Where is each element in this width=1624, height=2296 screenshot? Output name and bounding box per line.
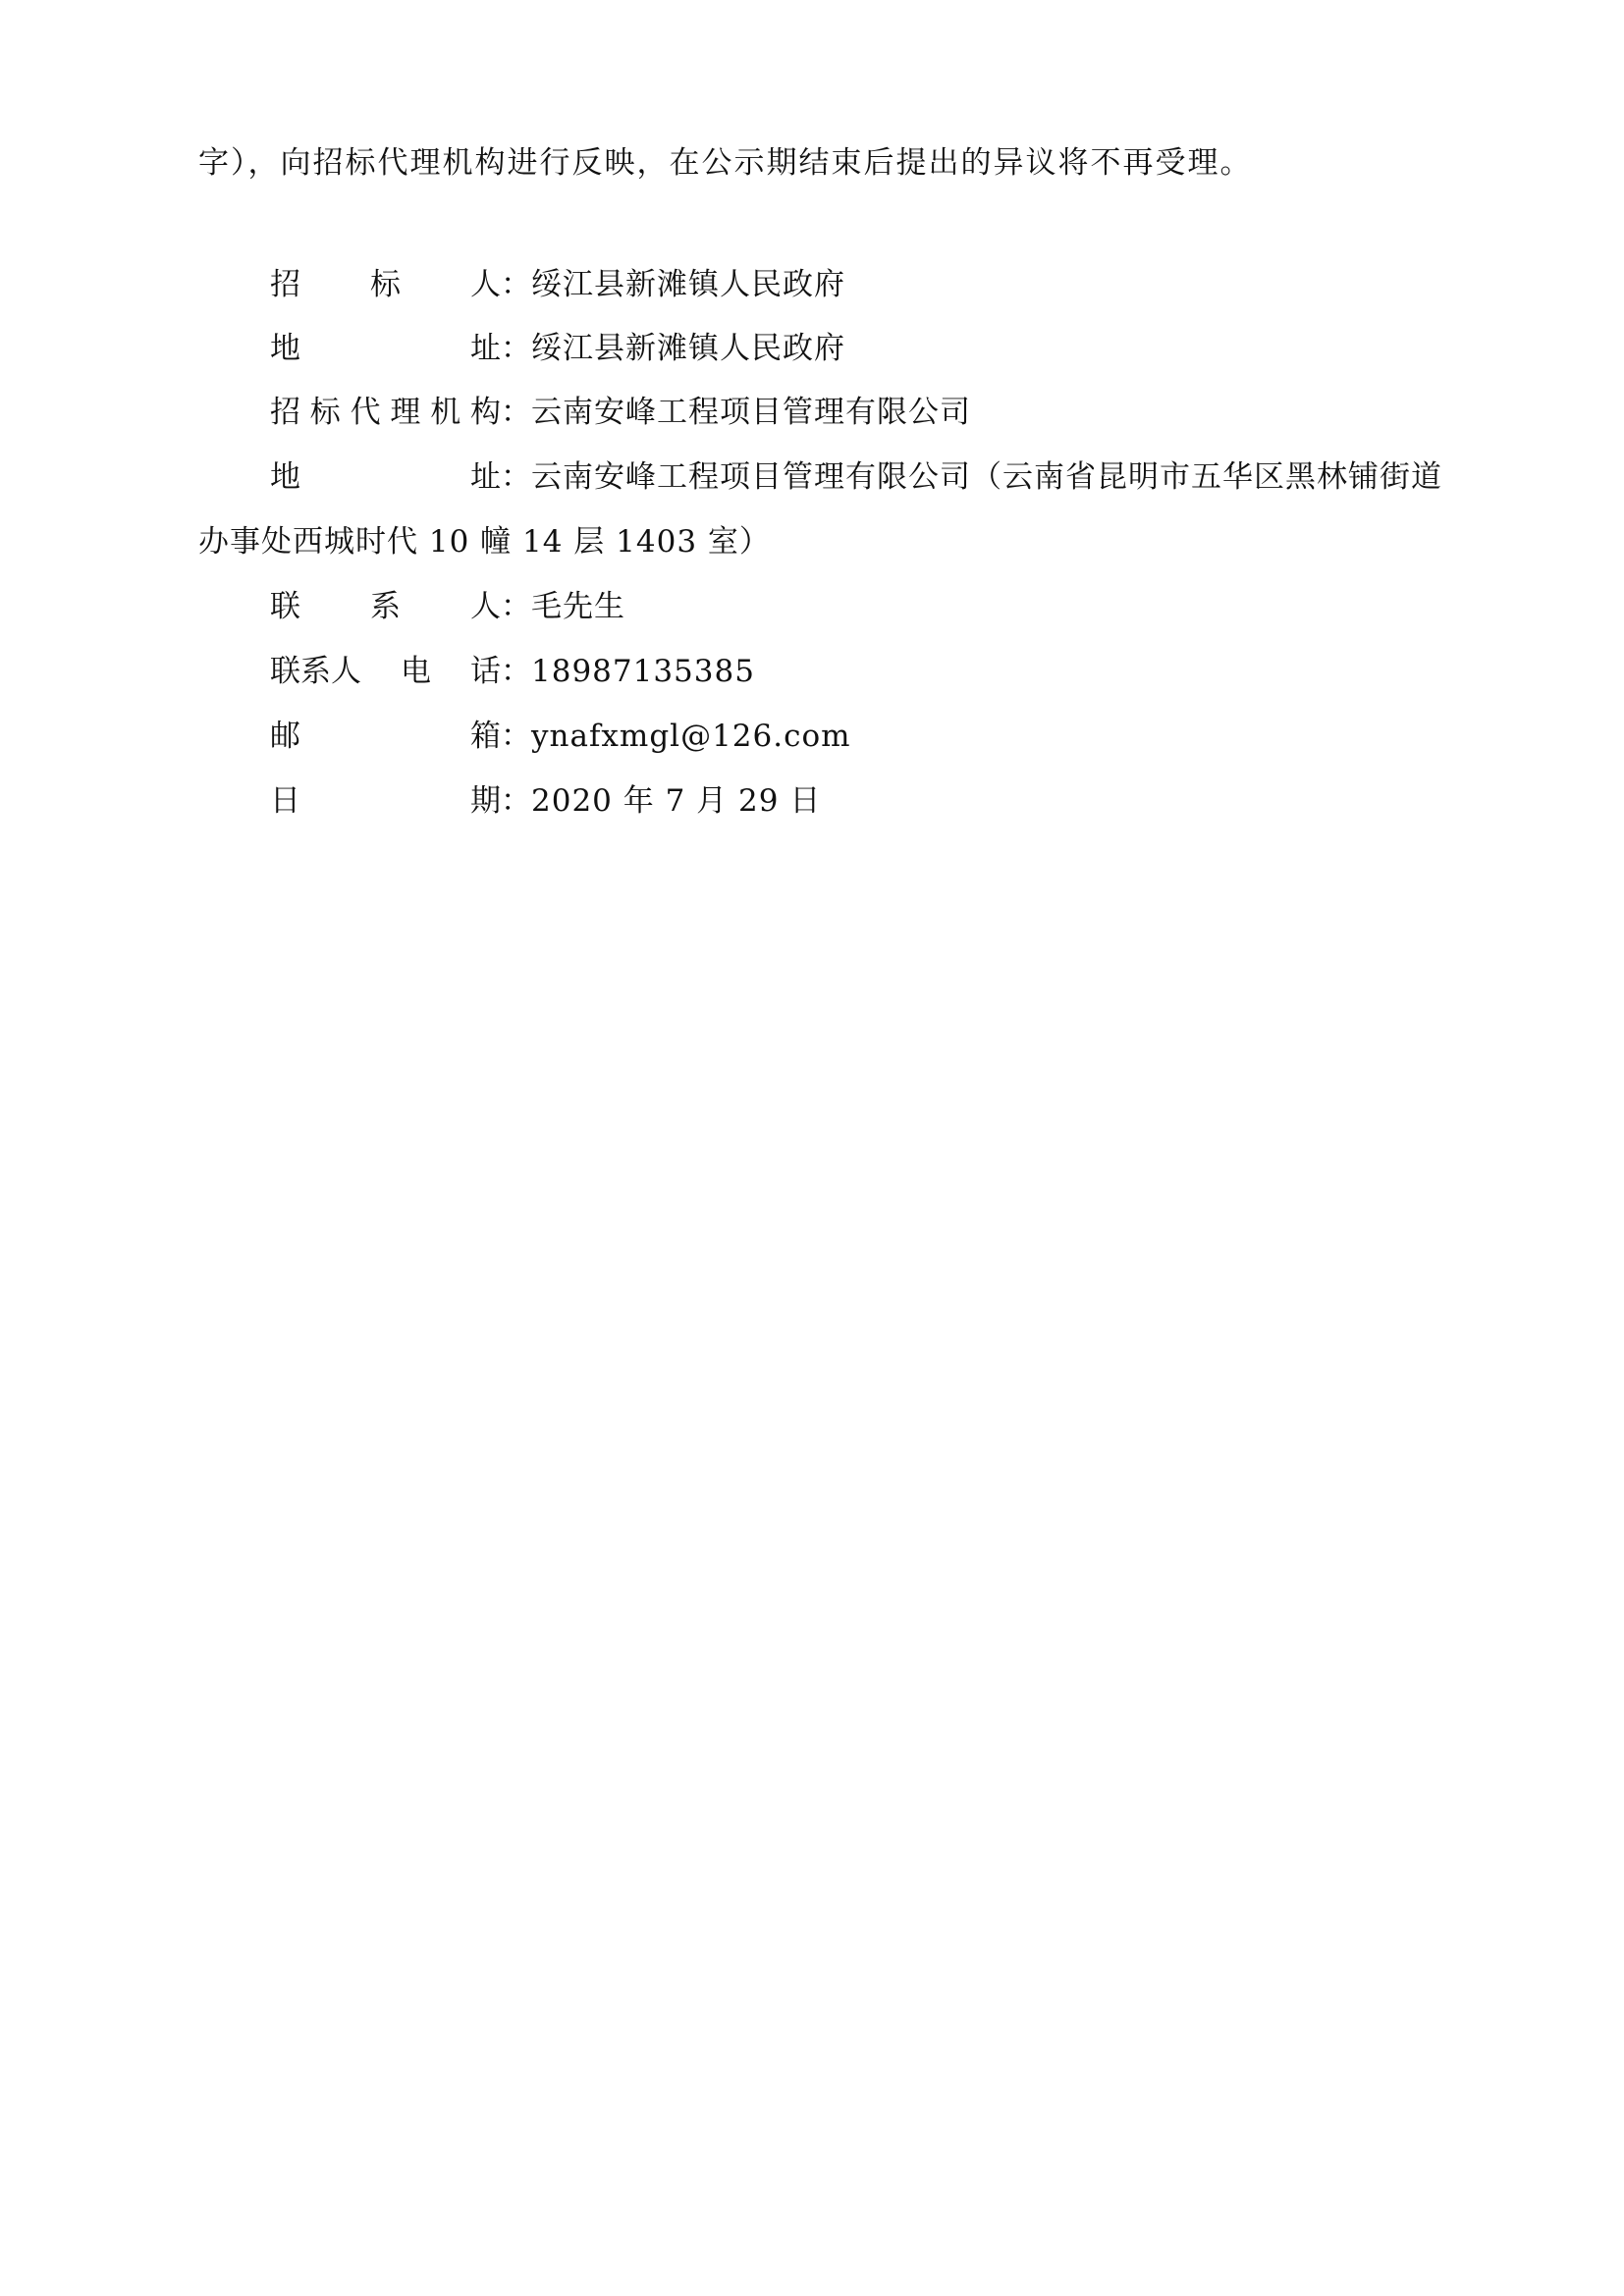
contact-phone-value: 18987135385 (531, 652, 755, 691)
contact-person-label: 联 系 人 (270, 587, 501, 626)
agency-address-value: 云南安峰工程项目管理有限公司（云南省昆明市五华区黑林铺街道 (531, 457, 1442, 497)
colon: ： (501, 457, 531, 497)
date-label: 日 期 (270, 781, 501, 821)
agency-address-continuation: 办事处西城时代 10 幢 14 层 1403 室） (198, 522, 771, 561)
tenderer-label: 招 标 人 (270, 265, 501, 304)
contact-phone-label: 联系人 电 话 (270, 652, 501, 691)
tenderer-address-value: 绥江县新滩镇人民政府 (531, 329, 845, 368)
agency-label: 招 标 代 理 机 构 (270, 393, 501, 432)
objection-notice-continuation: 字），向招标代理机构进行反映，在公示期结束后提出的异议将不再受理。 (198, 143, 1253, 183)
colon: ： (501, 652, 531, 691)
email-value: ynafxmgl@126.com (531, 717, 851, 756)
tenderer-address-row: 地 址 ： 绥江县新滩镇人民政府 (270, 329, 845, 368)
email-row: 邮 箱 ： ynafxmgl@126.com (270, 717, 851, 756)
colon: ： (501, 265, 531, 304)
contact-person-value: 毛先生 (531, 587, 625, 626)
colon: ： (501, 717, 531, 756)
tenderer-row: 招 标 人 ： 绥江县新滩镇人民政府 (270, 265, 845, 304)
colon: ： (501, 781, 531, 821)
date-row: 日 期 ： 2020 年 7 月 29 日 (270, 781, 821, 821)
colon: ： (501, 329, 531, 368)
document-page: 字），向招标代理机构进行反映，在公示期结束后提出的异议将不再受理。 招 标 人 … (0, 0, 1624, 2296)
agency-address-row: 地 址 ： 云南安峰工程项目管理有限公司（云南省昆明市五华区黑林铺街道 (270, 457, 1442, 497)
tenderer-value: 绥江县新滩镇人民政府 (531, 265, 845, 304)
contact-person-row: 联 系 人 ： 毛先生 (270, 587, 625, 626)
agency-row: 招 标 代 理 机 构 ： 云南安峰工程项目管理有限公司 (270, 393, 971, 432)
contact-phone-row: 联系人 电 话 ： 18987135385 (270, 652, 755, 691)
colon: ： (501, 393, 531, 432)
colon: ： (501, 587, 531, 626)
tenderer-address-label: 地 址 (270, 329, 501, 368)
email-label: 邮 箱 (270, 717, 501, 756)
agency-address-label: 地 址 (270, 457, 501, 497)
agency-value: 云南安峰工程项目管理有限公司 (531, 393, 971, 432)
date-value: 2020 年 7 月 29 日 (531, 781, 821, 821)
